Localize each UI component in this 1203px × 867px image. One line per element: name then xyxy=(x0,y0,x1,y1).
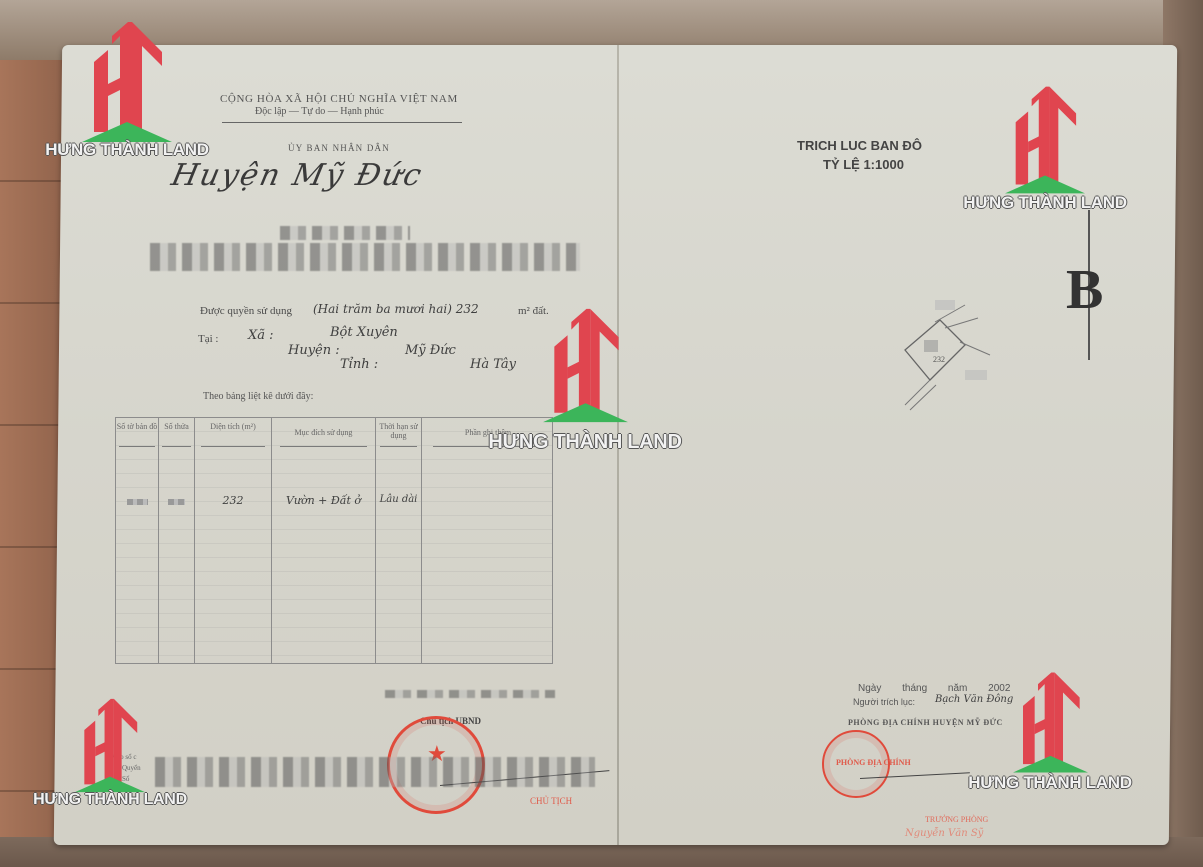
stamp-text: PHÒNG ĐỊA CHÍNH xyxy=(836,758,911,767)
commune-value: Bột Xuyên xyxy=(330,325,398,340)
header-underline xyxy=(162,446,191,447)
parcel-map-sketch xyxy=(890,300,1010,420)
north-marker: B xyxy=(1066,258,1103,322)
watermark-text: HƯNG THÀNH LAND xyxy=(485,431,685,454)
republic-heading: CỘNG HÒA XÃ HỘI CHỦ NGHĨA VIỆT NAM xyxy=(220,93,458,105)
header-divider xyxy=(222,122,462,123)
redacted-sign-date xyxy=(385,690,555,698)
col-purpose: Mục đích sử dụng Vườn + Đất ở xyxy=(272,418,376,663)
watermark-text: HƯNG THÀNH LAND xyxy=(32,140,222,160)
district-label: Huyện : xyxy=(288,343,340,358)
parcel-table: Số tờ bản đồ Số thửa Diện tích (m²) 232 … xyxy=(115,417,553,664)
watermark-text: HƯNG THÀNH LAND xyxy=(15,791,205,809)
hungthanh-logo-icon xyxy=(1005,85,1085,195)
watermark-text: HƯNG THÀNH LAND xyxy=(955,773,1145,793)
motto: Độc lập — Tự do — Hạnh phúc xyxy=(255,106,384,117)
area-handwritten: (Hai trăm ba mươi hai) 232 xyxy=(313,302,479,316)
listing-note: Theo bảng liệt kê dưới đây: xyxy=(203,391,313,402)
district-value: Mỹ Đức xyxy=(405,343,456,358)
td-term: Lâu dài xyxy=(376,494,421,505)
th-area: Diện tích (m²) xyxy=(195,422,271,431)
hungthanh-logo-icon xyxy=(75,698,145,793)
header-underline xyxy=(201,446,265,447)
col-term: Thời hạn sử dụng Lâu dài xyxy=(376,418,422,663)
hungthanh-logo-icon xyxy=(82,22,172,142)
usage-right-label: Được quyền sử dụng xyxy=(200,305,292,317)
parcel-area-label: 232 xyxy=(933,355,945,364)
committee-label: ỦY BAN NHÂN DÂN xyxy=(288,143,390,153)
col-map-sheet: Số tờ bản đồ xyxy=(116,418,159,663)
redacted-owner-line-1 xyxy=(280,226,410,240)
td-area: 232 xyxy=(195,494,271,507)
header-underline xyxy=(380,446,418,447)
th-map-sheet: Số tờ bản đồ xyxy=(116,422,158,431)
district-title: Huyện Mỹ Đức xyxy=(168,158,426,193)
signer-title: CHỦ TỊCH xyxy=(530,796,572,806)
watermark-top-right: HƯNG THÀNH LAND xyxy=(950,85,1140,213)
hungthanh-logo-icon xyxy=(543,298,628,433)
head-title: TRƯỞNG PHÒNG xyxy=(925,815,988,824)
commune-label: Xã : xyxy=(248,328,274,343)
watermark-top-left: HƯNG THÀNH LAND xyxy=(32,22,222,160)
th-purpose: Mục đích sử dụng xyxy=(272,428,375,437)
header-underline xyxy=(280,446,367,447)
watermark-bottom-left: HƯNG THÀNH LAND xyxy=(15,698,205,809)
redacted-registry-info xyxy=(155,757,595,787)
hungthanh-logo-icon xyxy=(1013,670,1088,775)
header-underline xyxy=(119,446,154,447)
td-parcel-no-redacted xyxy=(168,499,186,505)
col-parcel-no: Số thửa xyxy=(159,418,195,663)
watermark-center: HƯNG THÀNH LAND xyxy=(485,298,685,454)
td-map-sheet-redacted xyxy=(127,499,148,505)
location-label: Tại : xyxy=(198,333,218,345)
col-notes: Phần ghi thêm xyxy=(422,418,554,663)
watermark-bottom-right: HƯNG THÀNH LAND xyxy=(955,670,1145,793)
head-name: Nguyễn Văn Sỹ xyxy=(905,828,983,839)
col-area: Diện tích (m²) 232 xyxy=(195,418,272,663)
map-scale: TỶ LỆ 1:1000 xyxy=(823,157,904,172)
th-term: Thời hạn sử dụng xyxy=(376,422,421,440)
watermark-text: HƯNG THÀNH LAND xyxy=(950,193,1140,213)
th-parcel-no: Số thửa xyxy=(159,422,194,431)
province-label: Tỉnh : xyxy=(340,357,378,372)
extractor-label: Người trích lục: xyxy=(853,697,915,707)
td-purpose: Vườn + Đất ở xyxy=(272,494,375,507)
map-extract-title: TRICH LUC BAN ĐÔ xyxy=(797,138,922,153)
redacted-owner-name xyxy=(150,243,580,271)
